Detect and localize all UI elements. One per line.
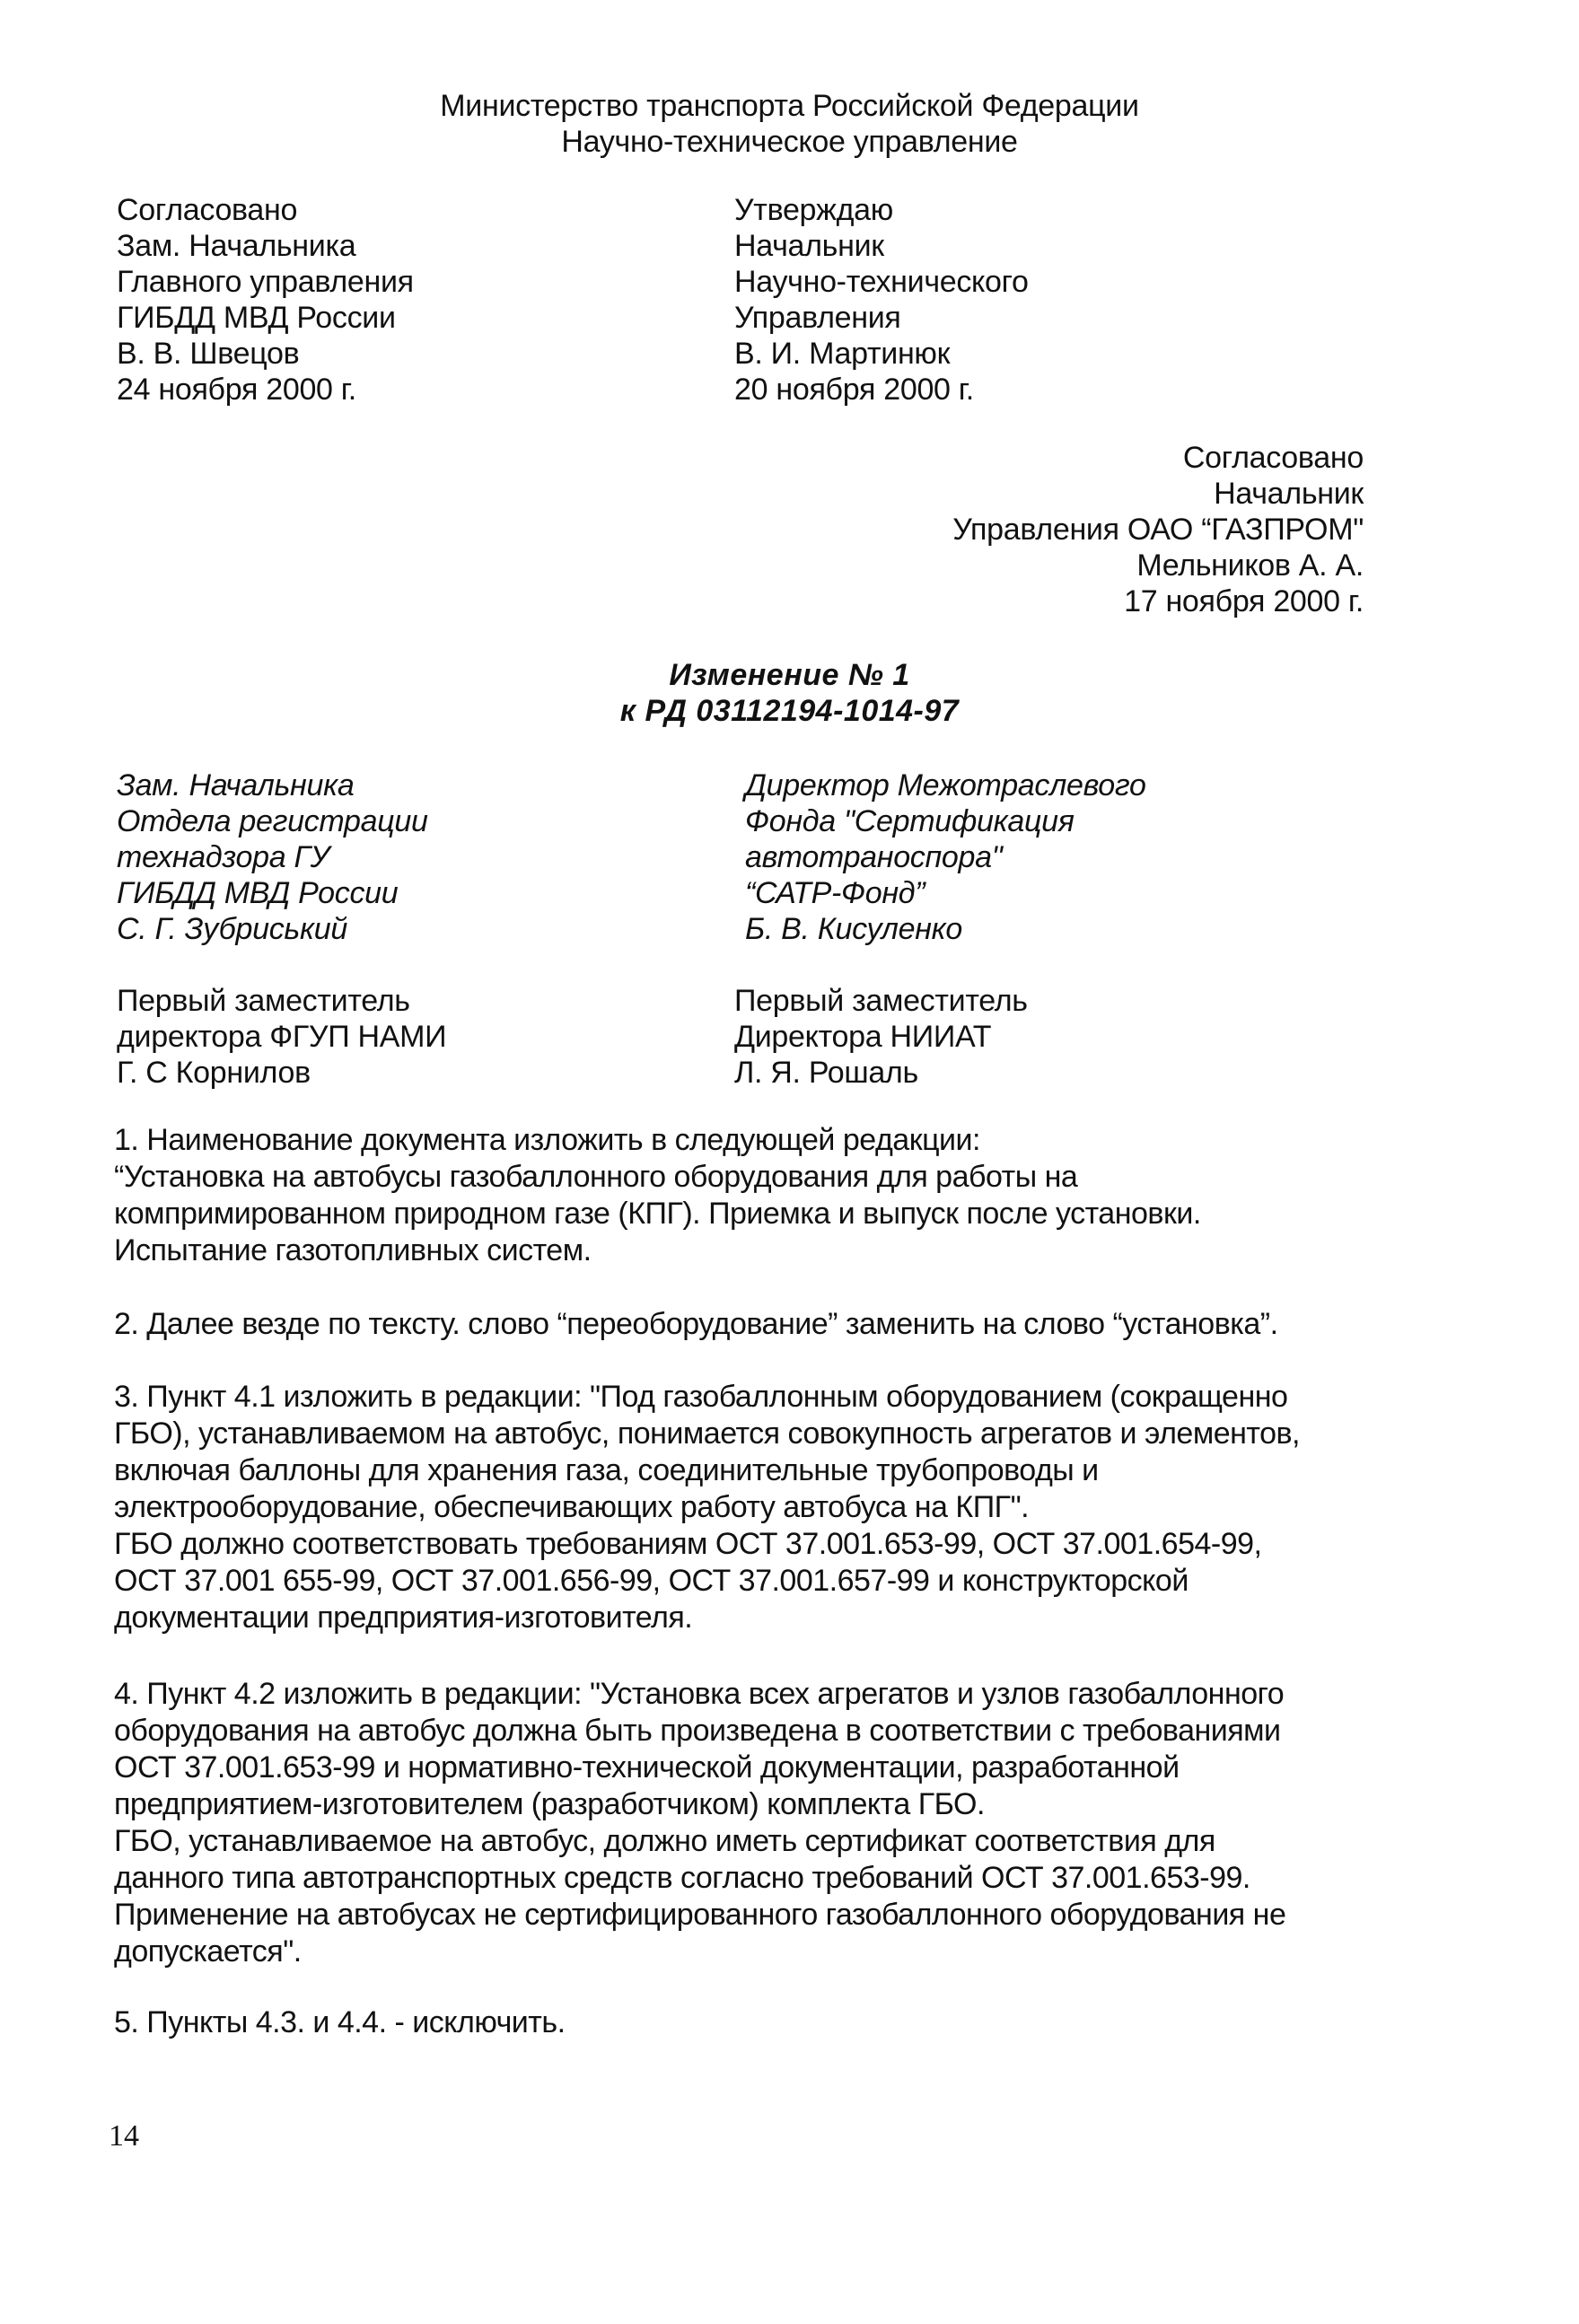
paragraph-line: электрооборудование, обеспечивающих рабо… xyxy=(114,1489,1300,1526)
signatory-position: Научно-технического xyxy=(734,264,1029,300)
signatory-organization: директора ФГУП НАМИ xyxy=(117,1019,446,1055)
paragraph-line: 2. Далее везде по тексту. слово “переобо… xyxy=(114,1306,1278,1343)
document-header: Министерство транспорта Российской Федер… xyxy=(0,88,1579,160)
paragraph-line: включая баллоны для хранения газа, соеди… xyxy=(114,1452,1300,1489)
paragraph-line: 5. Пункты 4.3. и 4.4. - исключить. xyxy=(114,2004,566,2041)
approval-block: Утверждаю Начальник Научно-технического … xyxy=(734,192,1029,408)
signatory-block-niiat: Первый заместитель Директора НИИАТ Л. Я.… xyxy=(734,983,1028,1091)
paragraph-line: ОСТ 37.001 655-99, ОСТ 37.001.656-99, ОС… xyxy=(114,1563,1300,1600)
signatory-block-satr: Директор Межотраслевого Фонда "Сертифика… xyxy=(745,767,1146,947)
document-title: Изменение № 1 к РД 03112194-1014-97 xyxy=(0,657,1579,729)
signatory-name: Мельников А. А. xyxy=(952,548,1364,583)
signatory-organization: Директора НИИАТ xyxy=(734,1019,1028,1055)
paragraph-line: 3. Пункт 4.1 изложить в редакции: "Под г… xyxy=(114,1379,1300,1416)
paragraph-line: ГБО должно соответствовать требованиям О… xyxy=(114,1526,1300,1563)
signatory-organization: ГИБДД МВД России xyxy=(117,875,428,911)
signature-date: 24 ноября 2000 г. xyxy=(117,372,414,408)
department-name: Научно-техническое управление xyxy=(0,124,1579,160)
signatory-position: Начальник xyxy=(734,228,1029,264)
signatory-organization: Фонда "Сертификация xyxy=(745,803,1146,839)
paragraph-line: ОСТ 37.001.653-99 и нормативно-техническ… xyxy=(114,1750,1285,1786)
signatory-position: Начальник xyxy=(952,476,1364,512)
paragraph-line: ГБО, устанавливаемое на автобус, должно … xyxy=(114,1823,1285,1860)
paragraph-line: ГБО), устанавливаемом на автобус, понима… xyxy=(114,1416,1300,1452)
paragraph-line: данного типа автотранспортных средств со… xyxy=(114,1860,1285,1897)
signatory-organization: Управления ОАО “ГАЗПРОМ" xyxy=(952,512,1364,548)
signatory-block-nami: Первый заместитель директора ФГУП НАМИ Г… xyxy=(117,983,446,1091)
amendment-item-2: 2. Далее везде по тексту. слово “переобо… xyxy=(114,1306,1278,1343)
signatory-name: С. Г. Зубриський xyxy=(117,911,428,947)
signatory-name: Б. В. Кисуленко xyxy=(745,911,1146,947)
ministry-name: Министерство транспорта Российской Федер… xyxy=(0,88,1579,124)
paragraph-line: документации предприятия-изготовителя. xyxy=(114,1600,1300,1636)
paragraph-line: 4. Пункт 4.2 изложить в редакции: "Устан… xyxy=(114,1676,1285,1713)
signatory-position: Главного управления xyxy=(117,264,414,300)
signatory-name: В. В. Швецов xyxy=(117,336,414,372)
agreement-label: Согласовано xyxy=(117,192,414,228)
signatory-position: Управления xyxy=(734,300,1029,336)
amendment-item-1: 1. Наименование документа изложить в сле… xyxy=(114,1122,1201,1269)
signatory-position: Первый заместитель xyxy=(117,983,446,1019)
paragraph-line: Применение на автобусах не сертифицирова… xyxy=(114,1897,1285,1934)
paragraph-line: “Установка на автобусы газобаллонного об… xyxy=(114,1159,1201,1196)
agreement-block-gibdd: Согласовано Зам. Начальника Главного упр… xyxy=(117,192,414,408)
paragraph-line: допускается". xyxy=(114,1934,1285,1970)
signatory-name: Г. С Корнилов xyxy=(117,1055,446,1091)
signatory-organization: “САТР-Фонд” xyxy=(745,875,1146,911)
signatory-position: Зам. Начальника xyxy=(117,767,428,803)
paragraph-line: Испытание газотопливных систем. xyxy=(114,1232,1201,1269)
signatory-position: Зам. Начальника xyxy=(117,228,414,264)
amendment-item-3: 3. Пункт 4.1 изложить в редакции: "Под г… xyxy=(114,1379,1300,1636)
paragraph-line: предприятием-изготовителем (разработчико… xyxy=(114,1786,1285,1823)
signatory-name: Л. Я. Рошаль xyxy=(734,1055,1028,1091)
signatory-position: Первый заместитель xyxy=(734,983,1028,1019)
approval-label: Утверждаю xyxy=(734,192,1029,228)
agreement-block-gazprom: Согласовано Начальник Управления ОАО “ГА… xyxy=(952,440,1364,619)
amendment-item-5: 5. Пункты 4.3. и 4.4. - исключить. xyxy=(114,2004,566,2041)
signature-date: 20 ноября 2000 г. xyxy=(734,372,1029,408)
signatory-organization: автотраноспора" xyxy=(745,839,1146,875)
agreement-label: Согласовано xyxy=(952,440,1364,476)
page-number: 14 xyxy=(109,2119,139,2153)
document-reference: к РД 03112194-1014-97 xyxy=(0,693,1579,729)
paragraph-line: 1. Наименование документа изложить в сле… xyxy=(114,1122,1201,1159)
signatory-position: Отдела регистрации xyxy=(117,803,428,839)
signatory-position: технадзора ГУ xyxy=(117,839,428,875)
signatory-position: Директор Межотраслевого xyxy=(745,767,1146,803)
amendment-item-4: 4. Пункт 4.2 изложить в редакции: "Устан… xyxy=(114,1676,1285,1970)
signatory-block-gibdd: Зам. Начальника Отдела регистрации техна… xyxy=(117,767,428,947)
paragraph-line: компримированном природном газе (КПГ). П… xyxy=(114,1196,1201,1232)
document-page: Министерство транспорта Российской Федер… xyxy=(0,0,1579,2324)
signatory-organization: ГИБДД МВД России xyxy=(117,300,414,336)
signature-date: 17 ноября 2000 г. xyxy=(952,583,1364,619)
signatory-name: В. И. Мартинюк xyxy=(734,336,1029,372)
amendment-number: Изменение № 1 xyxy=(0,657,1579,693)
paragraph-line: оборудования на автобус должна быть прои… xyxy=(114,1713,1285,1750)
